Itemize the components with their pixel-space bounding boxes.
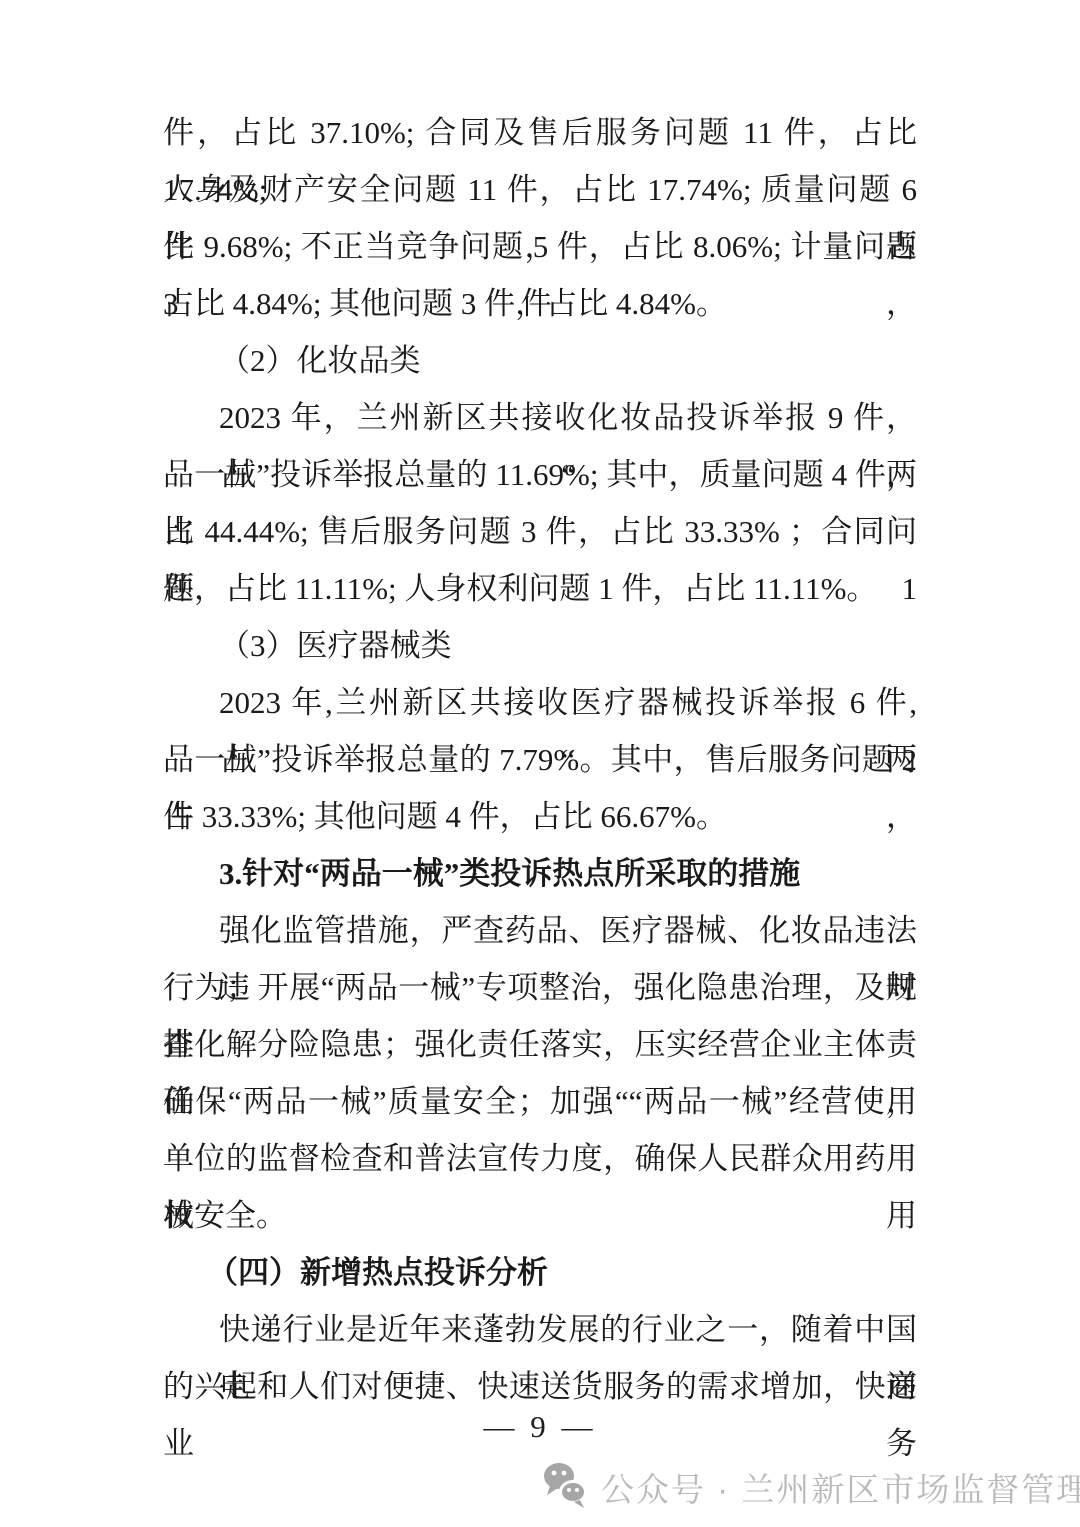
doc-line: 2023 年，兰州新区共接收化妆品投诉举报 9 件，占“两	[163, 389, 917, 446]
watermark: 公众号 · 兰州新区市场监督管理局	[543, 1458, 1080, 1516]
watermark-text: 公众号 · 兰州新区市场监督管理局	[601, 1464, 1080, 1511]
doc-line: 单位的监督检查和普法宣传力度，确保人民群众用药用械用	[163, 1130, 917, 1187]
doc-line: 件，占比 37.10%; 合同及售后服务问题 11 件，占比 17.74%;	[163, 104, 917, 161]
wechat-icon	[543, 1461, 587, 1513]
doc-line: 确保“两品一械”质量安全；加强““两品一械”经营使用	[163, 1073, 917, 1130]
doc-line: 比 9.68%; 不正当竞争问题 5 件，占比 8.06%; 计量问题 3 件，	[163, 218, 917, 275]
doc-line: 品一械”投诉举报总量的 11.69%; 其中，质量问题 4 件，占	[163, 446, 917, 503]
section-heading-measures: 3.针对“两品一械”类投诉热点所采取的措施	[163, 845, 917, 902]
subsection-heading-cosmetics: （2）化妆品类	[163, 332, 917, 389]
doc-line: 快递行业是近年来蓬勃发展的行业之一，随着中国电商	[163, 1301, 917, 1358]
subsection-heading-medical-devices: （3）医疗器械类	[163, 617, 917, 674]
doc-line: 品一械”投诉举报总量的 7.79%。其中，售后服务问题 2 件，	[163, 731, 917, 788]
doc-line: 行为；开展“两品一械”专项整治，强化隐患治理，及时排	[163, 959, 917, 1016]
document-body: 件，占比 37.10%; 合同及售后服务问题 11 件，占比 17.74%; 人…	[163, 104, 917, 1415]
doc-line: 人身及财产安全问题 11 件，占比 17.74%; 质量问题 6 件，占	[163, 161, 917, 218]
page-number: — 9 —	[0, 1405, 1080, 1449]
section-heading-new-hotspot-analysis: （四）新增热点投诉分析	[163, 1244, 917, 1301]
doc-line: 查化解分险隐患；强化责任落实，压实经营企业主体责任，	[163, 1016, 917, 1073]
doc-line: 强化监管措施，严查药品、医疗器械、化妆品违法违规	[163, 902, 917, 959]
doc-line: 件，占比 11.11%; 人身权利问题 1 件，占比 11.11%。	[163, 560, 917, 617]
doc-line: 2023 年,兰州新区共接收医疗器械投诉举报 6 件,占“两	[163, 674, 917, 731]
doc-line: 比 44.44%; 售后服务问题 3 件，占比 33.33% ；合同问题 1	[163, 503, 917, 560]
